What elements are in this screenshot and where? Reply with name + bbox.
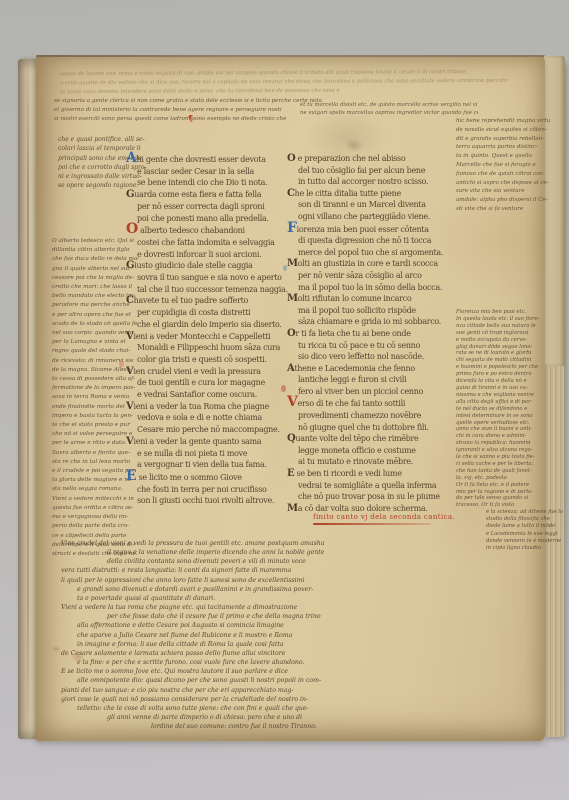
gloss-line: per le arme e ritto e dato. [52,439,134,448]
spine-crease [27,59,29,739]
gloss-line: e huomini e popoleschi per che [456,364,548,371]
verse-line: di questa digression che nō ti tocca [287,235,443,247]
verse-line: a vergognar ti vien della tua fama. [126,459,288,471]
verse-line: costei che fatta indomita e selvaggia [126,237,288,249]
verse-line: Vien crudel vieni e vedi la pressura [126,366,288,378]
commentary-line: telletto: che le cose di volta sono tutt… [77,704,543,713]
photograph-backdrop: segue de lucano cosi roma e como seguita… [0,0,569,800]
verse-line: merce del popol tuo che si argomenta. [287,247,443,259]
gloss-line: sue genti cō tropi ingloriosi [456,330,548,337]
gloss-line: antichi si aspro che depose al ce- [456,179,546,188]
gloss-line: de la magna. Sicome Alber- [52,366,134,375]
gloss-line: mio per la ragione e di parla- [456,489,548,496]
verse-line: ogni villano che parteggiādo viene. [287,211,443,223]
gloss-line: gliaj danari dōde segue lono- [456,344,548,351]
commentary-line: in imagine e forma: li sue della cittade… [77,640,543,649]
commentary-line: giori cose le quali noi nō possiamo cons… [61,695,543,704]
verse-line: tu ricca tu cō pace e tu cō senno [287,340,443,352]
verse-line: e vedrai Santafior come oscura. [126,389,288,401]
gloss-line: sava in terra Roma e venia [52,393,134,402]
commentary-line: per che fosse dato che il cesare fue il … [107,612,543,621]
verse-line: e lasciar seder Cesar in la sella [126,166,288,178]
commentary-line: e grandi sono divenuti e dotardi avari e… [77,585,543,594]
verse-line: de tuoi gentili e cura lor magagne [126,377,288,389]
gloss-top-faded: segue de lucano cosi roma e como seguita… [60,68,538,98]
verse-line: vedrai te somigliāte a quella inferma [287,480,443,492]
verse-line: poi che ponesti mano alla predella. [126,213,288,225]
verse-line: Monaldi e Filippeschi huom sāza cura [126,342,288,354]
gloss-line: regno quale del stado chai- [52,347,134,356]
verse-line: se bene intendi cio che Dio ti nota. [126,177,288,189]
commentary-line: vera tutti distrutti: e resta langustia:… [61,566,543,575]
gloss-line: famoso che de quisti cōtrai con [456,170,546,179]
verse-line: Ahi gente che dovresti esser devota [126,153,288,166]
gloss-line: to cessa di possedere alla af- [52,375,134,384]
gloss-line: per la Lamagna e vinta el [52,338,134,347]
gloss-line: te nel ducto se difendono e [456,406,548,413]
gloss-line: dicenda la vita e della nō e [456,378,548,385]
explicit-flourish [313,523,431,525]
verse-line: Molti rifiutan lo comune incarco [287,293,443,305]
gloss-line: peradore ma perche anche [52,301,134,310]
gloss-line: che e quasi pontifice. alli se- [58,135,208,144]
gloss-line: scudo de lo stado cō quella fe [52,320,134,329]
verse-line: Chavete tu el tuo padre sofferto [126,295,288,307]
verse-line: del tuo cōsiglio fai per alcun bene [287,165,443,177]
verse-line: fero al viver ben un picciol cenno [287,386,443,398]
gloss-line: primo furo e po entro dentro [456,371,548,378]
gloss-line: mo e vergognosa dello im- [52,513,134,522]
verse-line: ma il popol tuo la in sōmo della bocca. [287,282,443,294]
verse-line: che nō puo trovar posa in su le piume [287,491,443,503]
gloss-line: amdale: alpha pho dispersi il Ce- [456,196,546,205]
gloss-line: e per altro opero che fue el [52,311,134,320]
verse-line: provedimenti chamezzo novēbre [287,410,443,422]
verse-line: nō giugne quel che tu dottobre fili. [287,422,443,434]
gloss-top-right-note: et tu marcello disisti etc. de quisto ma… [300,101,478,117]
commentary-line: lordine del suo comune: contro fue il no… [151,722,543,731]
paragraph-mark-red [281,385,286,392]
gloss-line: rata se ne di laurato e glorbi [456,350,548,357]
verse-line: Guarda come esta fiera e fatta fella [126,189,288,201]
verse-line: O e preparazion che nel abisso [287,153,443,165]
commentary-line: Vieni a vedere la tua roma che piagne et… [61,603,543,612]
gloss-line: ri sella cache e per le liberta: [456,461,548,468]
gloss-line: quelle opere vertudiose etc. [456,420,548,427]
verse-line: che el giardin delo imperio sia diserto. [126,319,288,331]
gloss-line: bello mandato che electo im- [52,292,134,301]
verse-line: Giusto giudicio dale stelle caggia [126,260,288,272]
commentary-line: E se licito me o sommo Jove etc. Qui mos… [61,667,543,676]
gloss-line: la quale cosa devemo intendere sono dell… [60,86,538,98]
verse-line: che fosti in terra per noi crucifisso [126,484,288,496]
verse-line: E se licito me o sommo Giove [126,471,288,484]
commentary-line: alle omnipotente dio: quasi dicano per c… [77,676,543,685]
verse-line: Quante volte del tēpo che rimēbre [287,433,443,445]
verse-line: Fiorenza mia ben puoi esser cōtenta [287,223,443,236]
gloss-line: impero e basta tucta la gen- [52,412,134,421]
gloss-line: intesi determinare in se sono [456,413,548,420]
gloss-line: che fue duca dello re dela ma- [52,255,134,264]
gloss-line: guisa di tiranni e in uso va- [456,385,548,392]
explicit-rubric: finito canto vj dela seconda cantica. [313,512,455,521]
gloss-line: e molto occupata da cerve- [456,337,548,344]
verse-line: vedova e sola e di e notte chiama [126,412,288,424]
gloss-line: dit e grandis superbia rebellan- [456,135,546,144]
verse-line: Vieni a veder la tua Roma che piagne [126,401,288,413]
commentary-line: alla affermatione e detto Cesare poi Aug… [77,621,543,630]
verse-line: lantiche leggi e furon si civili [287,374,443,386]
gloss-line: cretto che mori: che lassa il [52,283,134,292]
gloss-line: nza cittade bella sua natura le [456,323,548,330]
verse-line: Che le citta ditalia tutte piene [287,188,443,200]
gloss-line: studio della filosofia che [486,516,569,523]
verse-line: tal che il tuo successor temenza naggia. [126,284,288,296]
verse-line: Molti an giustizia in core e tardi scocc… [287,258,443,270]
gloss-line: Or ti fa lieta etc. e il podere [456,482,548,489]
gloss-line: et tu marcello disisti etc. de quisto ma… [300,101,478,109]
gloss-line: sto re che in tal lena morto [52,458,134,467]
gloss-line: fermatione de lo impero pas- [52,384,134,393]
gloss-line: Marcello che fue si feragio e [456,161,546,170]
gloss-line: Vieni a vedere mōtecchi e in [52,495,134,504]
paragraph-mark-blue [283,265,287,271]
verse-line: color gia tristi e questi cō sospetti. [126,354,288,366]
gloss-line: ne vulgari spelis marcellus asprios ingr… [300,109,478,117]
verse-line: sāza chiamare e grida io mi sobbarco. [287,316,443,328]
gloss-line: e il crudele e poi seguito per [52,467,134,476]
gloss-line: perio della parte della cro- [52,522,134,531]
gloss-left-margin: O alberto tedesco etc. Qui sidillantia c… [52,237,134,559]
verse-line: Cesare mio perche nō maccompagne. [126,424,288,436]
gloss-line: nel suo corpo: quando venia [52,329,134,338]
commentary-line: pianti del tuo sangue: e cio piu nostra … [61,686,543,695]
verse-line: per nō esser correcta dagli sproni [126,201,288,213]
verse-line: per nō venir sāza cōsiglio al arco [287,270,443,282]
verse-line: son di tiranni e un Marcel diventa [287,199,443,211]
verse-line: E se ben ti ricordi e vedi lume [287,468,443,480]
gloss-line: ta in quinto. Quest e quello [456,152,546,161]
gloss-line: la. xvj. etc. podesta [456,475,548,482]
verse-line: sio dico vero leffetto nol nascōde. [287,351,443,363]
gloss-right-margin-upper: hic bene reprehendit magna virtude noval… [456,117,546,214]
verse-line: Or ti fa lieta che tu ai bene onde [287,328,443,340]
gloss-line: terra aquarria partes distinc- [456,143,546,152]
gloss-line: Sovra alberto e fiorito que- [52,449,134,458]
bottom-commentary: Vien crudel del vieni e vedi la pressura… [61,539,543,731]
commentary-line: gli anni venne di parte dimperio o di ch… [107,713,543,722]
verse-line: ma il popol tuo sollicito rispōde [287,305,443,317]
verse-line: Vieni a veder la gente quanto sama [126,436,288,448]
manuscript-page: segue de lucano cosi roma e como seguita… [36,57,545,741]
gloss-line: de novalis sicut equites si cōten- [456,126,546,135]
verse-column-left: Ahi gente che dovresti esser devotae las… [126,153,288,507]
commentary-line: ta e povertade quasi al quantitate di da… [77,594,543,603]
gloss-line: In questa lauda etc. il suo fiore- [456,316,548,323]
gloss-line: e la scienza: ad Athene fue lo [486,509,569,516]
verse-line: e dovresti inforcar li suoi arcioni. [126,249,288,261]
gloss-line: hic bene reprehendit magna virtu [456,117,546,126]
gloss-line: cessore poi che la miglia de- [52,274,134,283]
paragraph-mark-pink [119,361,124,367]
commentary-line: li quali per le oppressioni che anno lor… [61,576,543,585]
verse-line: legge moneta officio e costume [287,445,443,457]
gloss-line: la gloria delle magiore e nō [52,476,134,485]
commentary-line: de Cesare solamente e larmata schiera pa… [61,649,543,658]
gloss-line: ignoranti e sāza alcuna rego- [456,447,548,454]
verse-column-right: O e preparazion che nel abissodel tuo cō… [287,153,443,514]
gloss-line: che han tanta de quali fanel- [456,468,548,475]
gloss-line: dillantia cōtra alberto figlo [52,246,134,255]
gloss-line: onde finalmēte morto del [52,403,134,412]
verse-line: ai tu mutato e rinovate mēbre. [287,456,443,468]
gloss-line: te che el stato presto e pur [52,421,134,430]
verse-line: son li giusti occhi tuoi rivolti altrove… [126,495,288,507]
gloss-line: O alberto tedesco etc. Qui si [52,237,134,246]
gloss-line: questa fue ordita e cōtra se- [52,504,134,513]
gloss-line: sare vita che sia venture [456,187,546,196]
gloss-line: Fiorenza mia ben puoi etc. [456,309,548,316]
commentary-line: e la fine: e per che e scritte furono. c… [77,658,543,667]
commentary-line: che aparve a Julio Cesare nel fiume del … [77,631,543,640]
verse-line: Vieni a veder Montecchi e Cappelletti [126,331,288,343]
gloss-line: chi seguita de molti cittadini [456,357,548,364]
gloss-line: alla citta degli uffici e di par- [456,399,548,406]
gloss-line: che nō si volse perseguire e [52,430,134,439]
gloss-line: e Lacedemonia le sue leggi [486,531,569,538]
verse-line: e se nulla di noi pieta ti move [126,448,288,460]
verse-line: per cupidigia di costa distretti [126,307,288,319]
commentary-line: della civilita contanta sono divenuti po… [107,557,543,566]
gloss-line: chi in cura dieno e admini- [456,433,548,440]
pilcrow-mark-red: ¶ [188,113,193,123]
commentary-line: Vien crudel del vieni e vedi la pressura… [61,539,543,548]
verse-line: sovra il tuo sangue e sia novo e aperto [126,272,288,284]
gloss-line: diede lume a tutto il mōdo [486,523,569,530]
verse-line: in tutto dal accorger nostro scisso. [287,176,443,188]
verse-line: O alberto tedesco chabandoni [126,224,288,237]
gloss-line: nissima e che vogliono venire [456,392,548,399]
gloss-line: gna il quale alberto nel suc- [52,265,134,274]
gloss-line: sta nella seggia romana. [52,485,134,494]
gloss-line: strano la republica: huomini [456,440,548,447]
gloss-line: do per tale senso quando si [456,495,548,502]
gloss-line: la che si vanno e piu tosto fie- [456,454,548,461]
verse-line: Verso di te che fai tanto sottili [287,397,443,410]
gloss-right-margin-lower: Fiorenza mia ben puoi etc.In questa laud… [456,309,548,509]
verse-line: Athene e Lacedemonia che fenno [287,363,443,375]
commentary-line: il regno e la venatione delle imperio di… [107,548,543,557]
gloss-line: sti vite che si fa venture [456,205,546,214]
gloss-line: anno che sian li buoni e anti- [456,426,548,433]
